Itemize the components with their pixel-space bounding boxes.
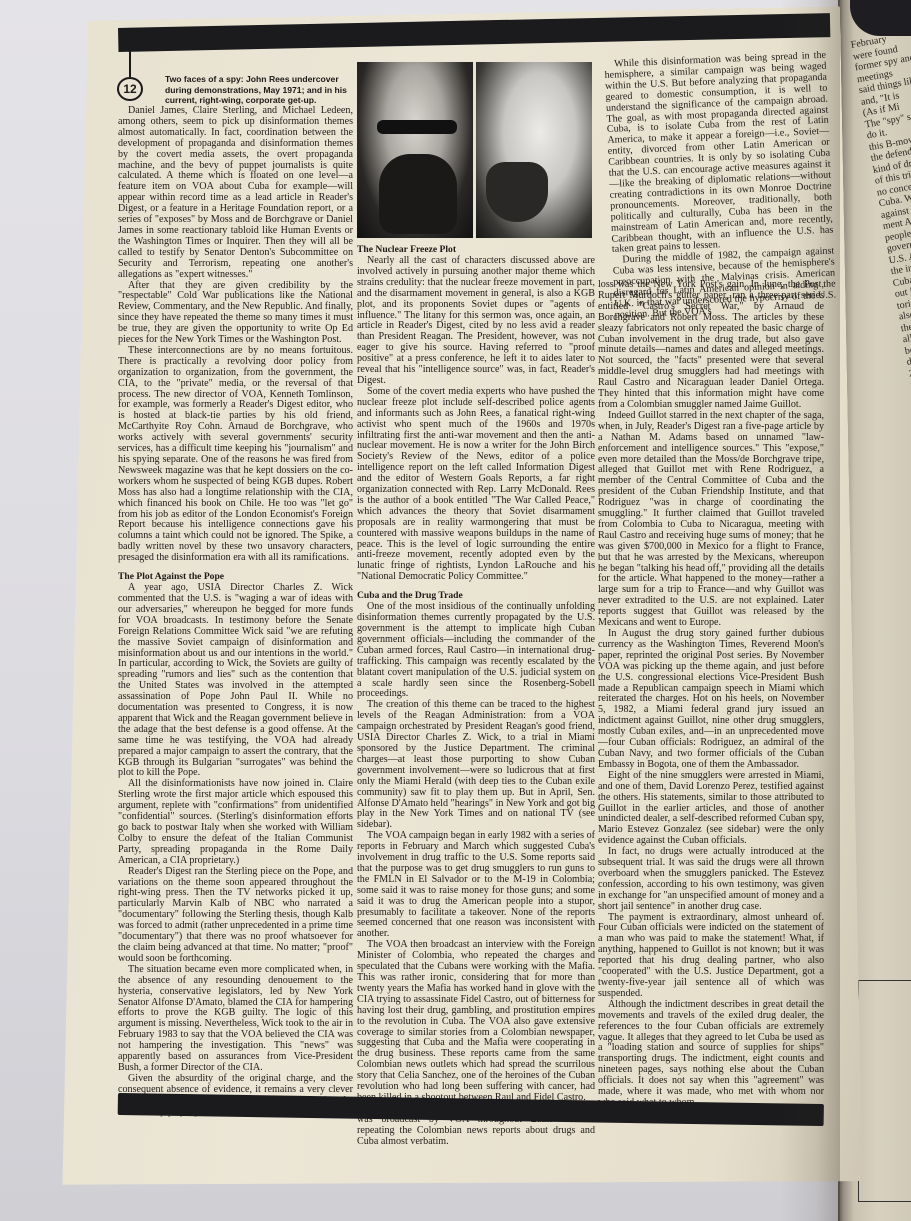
paragraph: Some of the covert media experts who hav… — [357, 387, 595, 583]
beard-shape — [486, 162, 548, 222]
paragraph: Eight of the nine smugglers were arreste… — [598, 771, 824, 847]
paragraph: In fact, no drugs were actually introduc… — [598, 847, 824, 912]
column-2: The Nuclear Freeze Plot Nearly all the c… — [357, 244, 595, 1148]
section-heading-nuclear-freeze: The Nuclear Freeze Plot — [357, 244, 595, 255]
paragraph: Reader's Digest ran the Sterling piece o… — [118, 867, 353, 965]
paragraph: The VOA then broadcast an interview with… — [357, 940, 595, 1104]
paragraph: All the disinformationists have now join… — [118, 779, 353, 866]
photo-rees-current — [476, 62, 592, 238]
photo-pair — [357, 62, 592, 238]
column-1: Daniel James, Claire Sterling, and Micha… — [118, 106, 353, 1117]
paragraph: One of the most insidious of the continu… — [357, 602, 595, 700]
paragraph: While this disinformation was being spre… — [604, 51, 834, 256]
page-number: 12 — [117, 77, 143, 101]
paragraph: The VOA campaign began in early 1982 wit… — [357, 831, 595, 940]
section-heading-pope: The Plot Against the Pope — [118, 571, 353, 582]
column-3-bottom: loss was the New York Post's gain. In Ju… — [598, 280, 824, 1109]
photo-rees-undercover — [357, 62, 473, 238]
photo-caption: Two faces of a spy: John Rees undercover… — [165, 74, 355, 106]
sunglasses-shape — [377, 120, 457, 134]
paragraph: In August the drug story gained further … — [598, 629, 824, 771]
paragraph: Indeed Guillot starred in the next chapt… — [598, 411, 824, 629]
adjacent-page-sidebar-box — [858, 980, 911, 1202]
paragraph: A year ago, USIA Director Charles Z. Wic… — [118, 583, 353, 779]
paragraph: loss was the New York Post's gain. In Ju… — [598, 280, 824, 411]
paragraph: Daniel James, Claire Sterling, and Micha… — [118, 106, 353, 281]
paragraph: The payment is extraordinary, almost unh… — [598, 913, 824, 1000]
section-heading-cuba-drug-trade: Cuba and the Drug Trade — [357, 590, 595, 601]
paragraph: The situation became even more complicat… — [118, 965, 353, 1074]
beard-shape — [379, 154, 457, 234]
adjacent-page-text: Februarywere foundformer spy andmeetings… — [850, 19, 911, 640]
paragraph: After that they are given credibility by… — [118, 281, 353, 346]
paragraph: Nearly all the cast of characters discus… — [357, 256, 595, 387]
paragraph: Although the indictment describes in gre… — [598, 1000, 824, 1109]
paragraph: The creation of this theme can be traced… — [357, 700, 595, 831]
paragraph: These interconnections are by no means f… — [118, 346, 353, 564]
